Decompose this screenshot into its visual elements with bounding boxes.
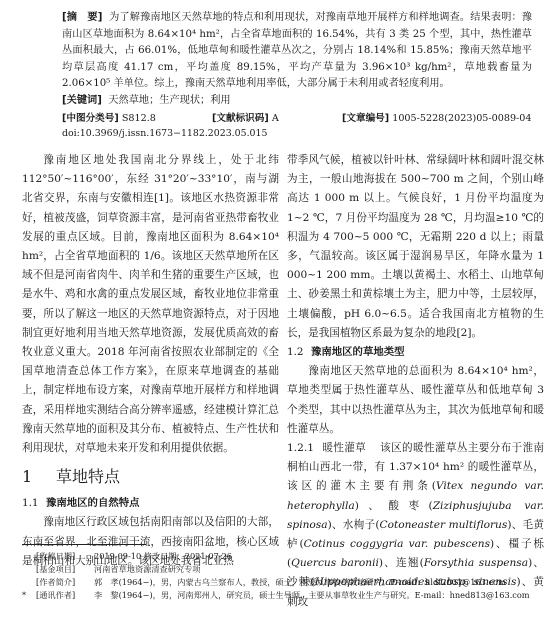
footnotes: [收稿日期]2019-09-10 修改日期：2021-07-26 [基金项目]河… bbox=[22, 550, 552, 602]
species-name: Cotinus coggygria var. pubescens bbox=[304, 538, 490, 550]
classification-label: [中图分类号] bbox=[62, 113, 119, 124]
section-heading-1: 1草地特点 bbox=[22, 466, 279, 488]
article-no-value: 1005-5228(2023)05-0089-04 bbox=[392, 113, 531, 124]
keywords-text: 天然草地；生产现状；利用 bbox=[108, 95, 230, 106]
left-column: 豫南地区地处我国南北分界线上，处于北纬112°50′~116°00′，东经 31… bbox=[22, 151, 279, 571]
keywords-label: [关键词] bbox=[62, 95, 102, 106]
abstract-text: 为了解豫南地区天然草地的特点和利用现状，对豫南草地开展样方和样地调查。结果表明：… bbox=[62, 12, 532, 89]
footnote-divider bbox=[22, 544, 146, 545]
footnote-fund: [基金项目]河南省草地资源清查研究专项 bbox=[22, 563, 552, 576]
footnote-received: [收稿日期]2019-09-10 修改日期：2021-07-26 bbox=[22, 550, 552, 563]
abstract-block: [摘 要] 为了解豫南地区天然草地的特点和利用现状，对豫南草地开展样方和样地调查… bbox=[62, 10, 532, 109]
article-no-label: [文章编号] bbox=[342, 113, 389, 124]
section-heading-1-1: 1.1豫南地区的自然特点 bbox=[22, 494, 279, 513]
doc-code-label: [文献标识码] bbox=[212, 113, 269, 124]
paragraph-continued: 带季风气候，植被以针叶林、常绿阔叶林和阔叶混交林为主，一般山地海拔在 500~7… bbox=[287, 151, 544, 343]
paragraph-1-2: 豫南地区天然草地的总面积为 8.64×10⁴ hm²，草地类型属于热性灌草丛、暖… bbox=[287, 362, 544, 439]
right-column: 带季风气候，植被以针叶林、常绿阔叶林和阔叶混交林为主，一般山地海拔在 500~7… bbox=[287, 151, 544, 612]
doi[interactable]: doi:10.3969/j.issn.1673−1182.2023.05.015 bbox=[62, 128, 267, 139]
article-metadata: [中图分类号] S812.8 [文献标识码] A [文章编号] 1005-522… bbox=[62, 110, 552, 124]
classification-value: S812.8 bbox=[122, 113, 156, 124]
section-heading-1-2: 1.2豫南地区的草地类型 bbox=[287, 343, 544, 362]
footnote-author: [作者简介]郭 孝(1964−)，男，内蒙古乌兰察布人，教授，硕士，主要从事牧草… bbox=[22, 576, 552, 589]
species-name: Cotoneaster multiflorus bbox=[379, 519, 507, 531]
doc-code-value: A bbox=[272, 113, 279, 124]
intro-paragraph: 豫南地区地处我国南北分界线上，处于北纬112°50′~116°00′，东经 31… bbox=[22, 151, 279, 458]
footnote-corresponding: *[通讯作者]李 黎(1964−)，男，河南郑州人，研究员，硕士生导师，主要从事… bbox=[22, 589, 552, 602]
abstract-label: [摘 要] bbox=[62, 12, 102, 23]
